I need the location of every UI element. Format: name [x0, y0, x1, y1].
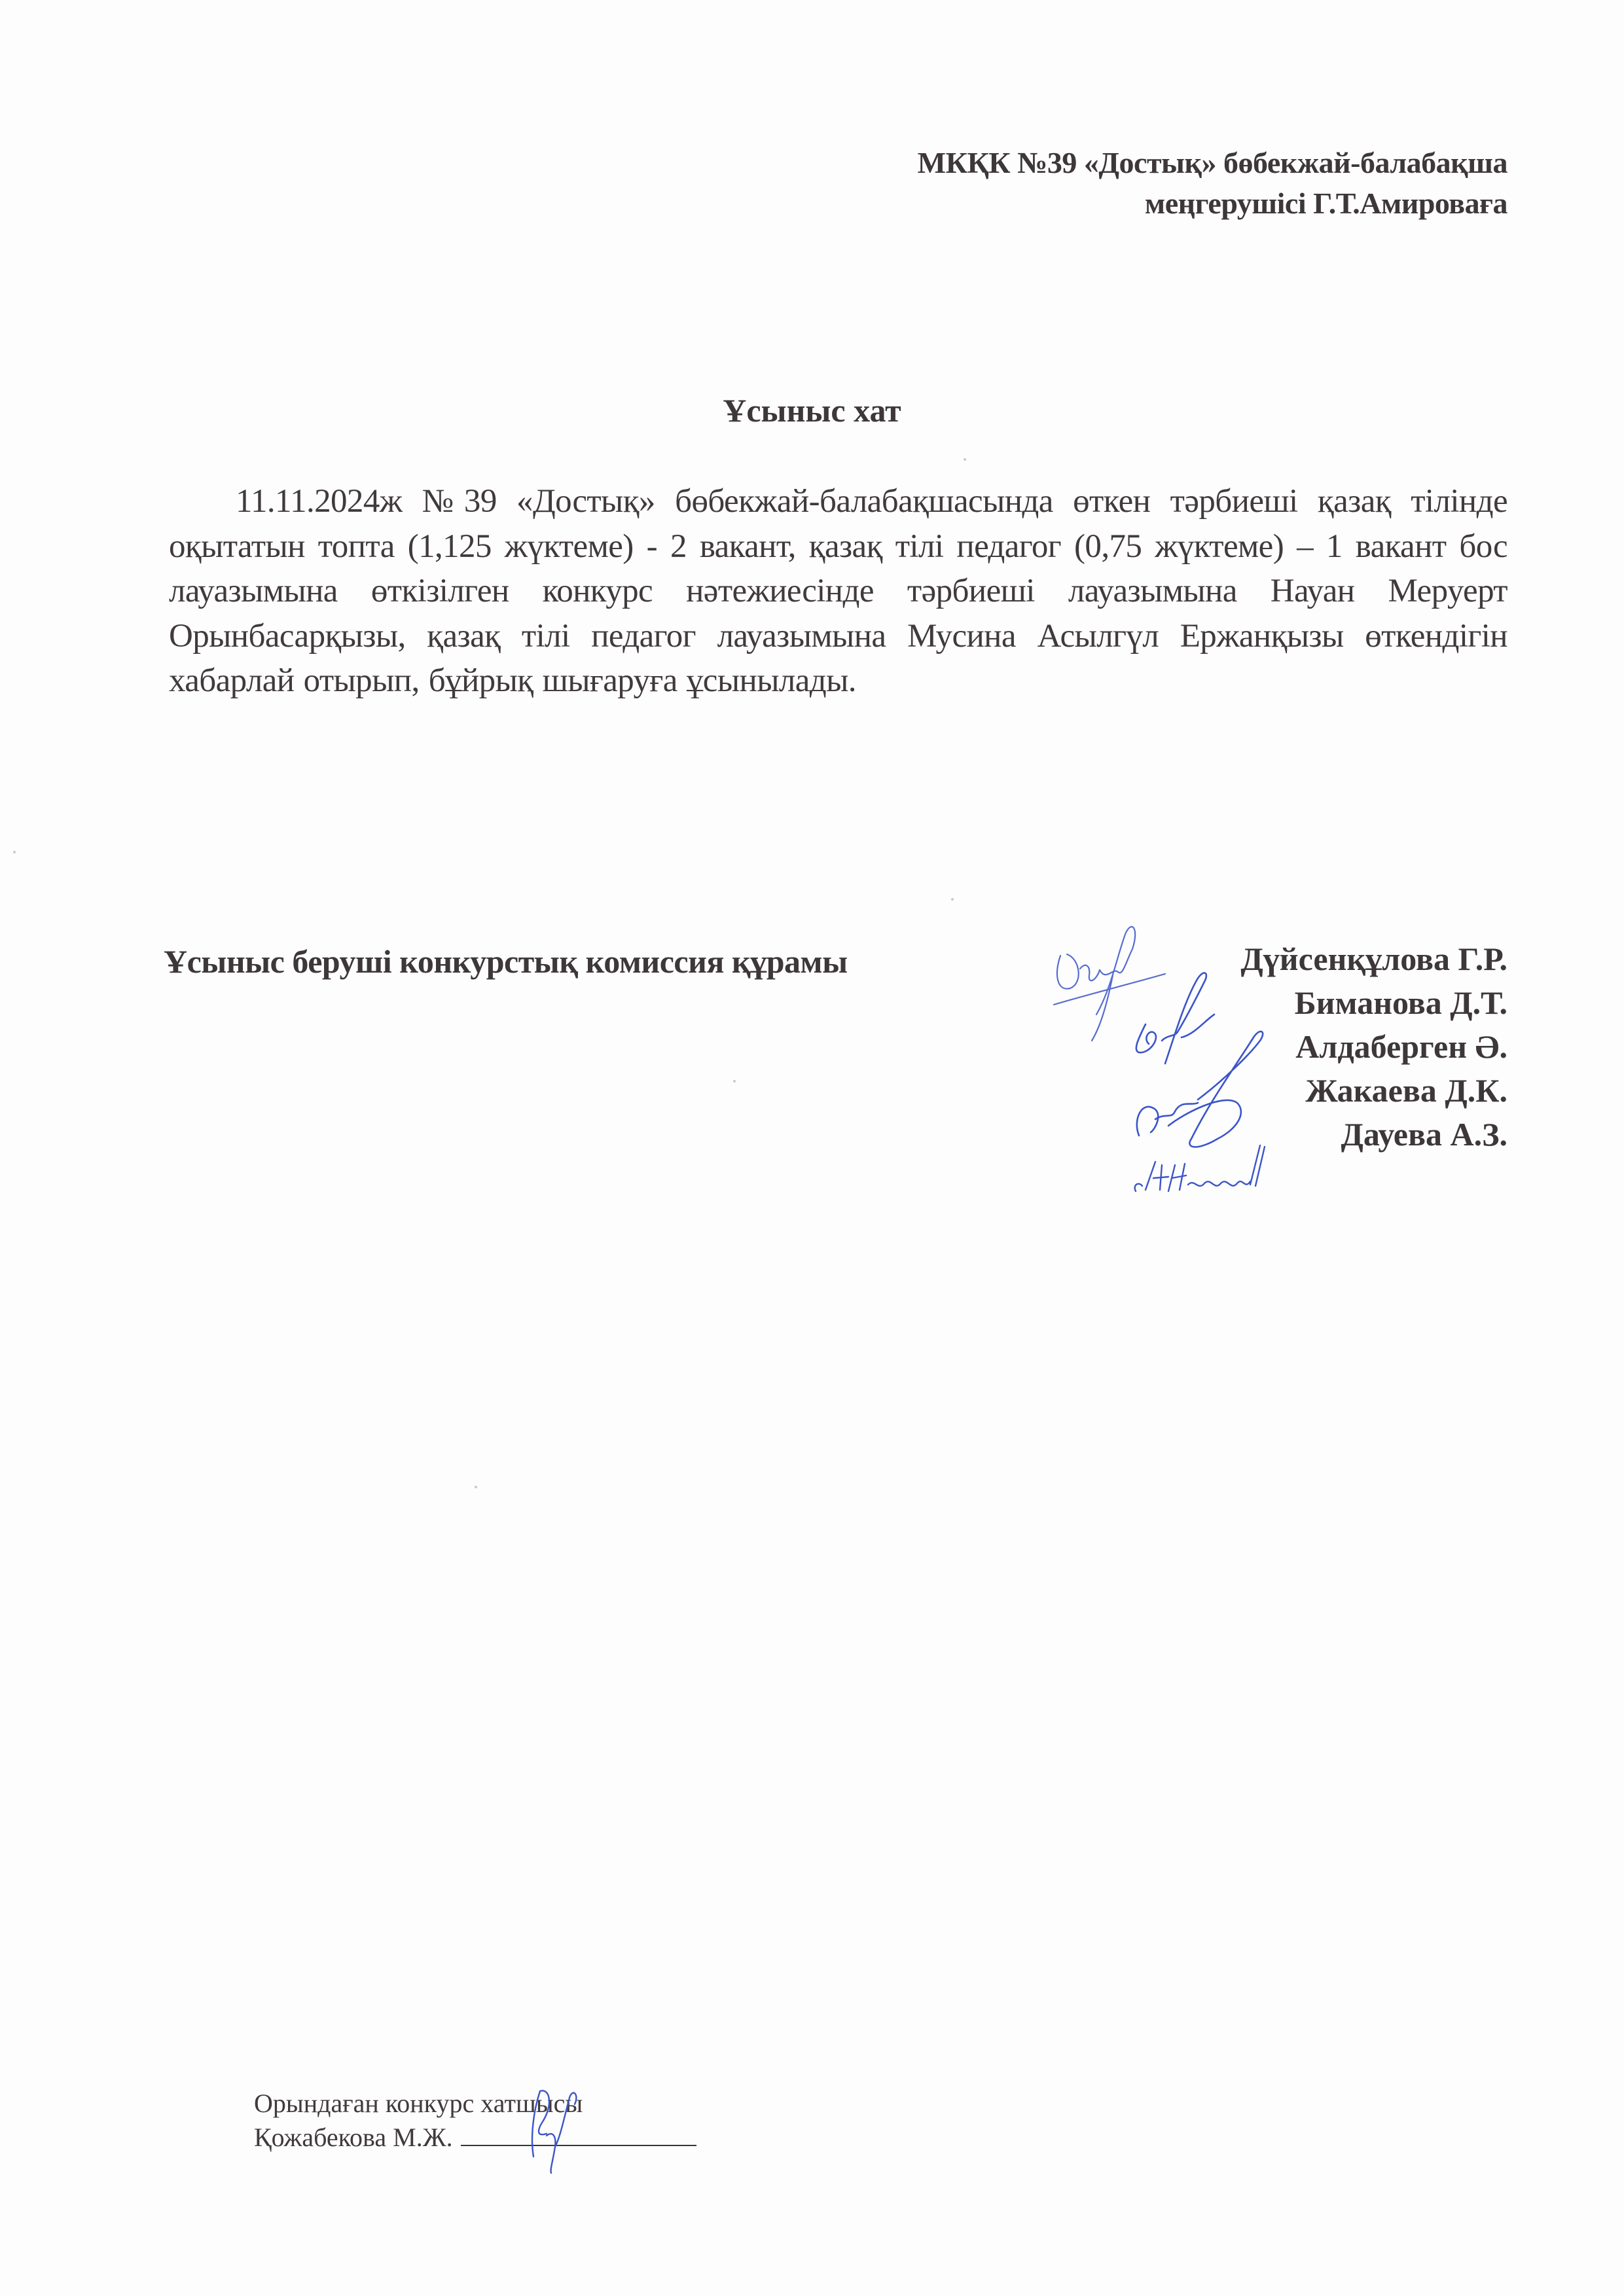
document-page: МКҚК №39 «Достық» бөбекжай-балабақша мең…	[0, 0, 1624, 2296]
secretary-role: Орындаған конкурс хатшысы	[254, 2087, 696, 2121]
member-name: Дауева А.З.	[1049, 1113, 1507, 1157]
commission-members: Дүйсенқұлова Г.Р. Биманова Д.Т. Алдаберг…	[1049, 937, 1507, 1157]
scan-speck	[13, 851, 16, 853]
member-name: Алдаберген Ә.	[1049, 1025, 1507, 1069]
body-paragraph: 11.11.2024ж №39 «Достық» бөбекжай-балаба…	[169, 479, 1507, 704]
scan-speck	[951, 898, 954, 901]
secretary-block: Орындаған конкурс хатшысы Қожабекова М.Ж…	[254, 2087, 696, 2155]
addressee-head: меңгерушісі Г.Т.Амироваға	[657, 183, 1507, 224]
scan-speck	[475, 1486, 477, 1488]
member-name: Жакаева Д.К.	[1049, 1069, 1507, 1113]
addressee-block: МКҚК №39 «Достық» бөбекжай-балабақша мең…	[657, 143, 1507, 224]
document-title: Ұсыныс хат	[0, 391, 1624, 429]
secretary-signature-icon	[517, 2085, 589, 2176]
commission-label: Ұсыныс беруші конкурстық комиссия құрамы	[164, 942, 848, 980]
secretary-name: Қожабекова М.Ж.	[254, 2123, 453, 2152]
addressee-organization: МКҚК №39 «Достық» бөбекжай-балабақша	[657, 143, 1507, 183]
scan-speck	[733, 1080, 736, 1083]
member-name: Дүйсенқұлова Г.Р.	[1049, 937, 1507, 981]
member-name: Биманова Д.Т.	[1049, 981, 1507, 1025]
scan-speck	[964, 458, 966, 461]
secretary-signature-row: Қожабекова М.Ж.	[254, 2121, 696, 2155]
